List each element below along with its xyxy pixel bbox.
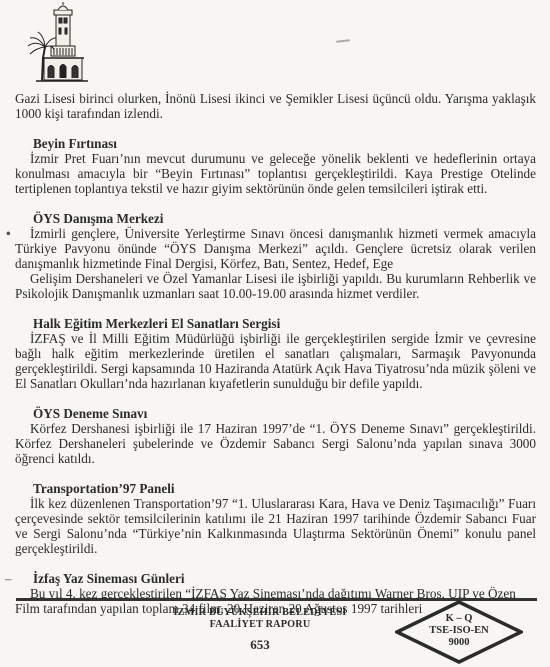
cert-number: 9000 [395,637,523,649]
margin-dot-mark: • [6,226,11,241]
page-number: 653 [230,637,290,653]
body-text: Gazi Lisesi birinci olurken, İnönü Lises… [15,91,536,616]
section-title: Transportation’97 Paneli [33,481,536,496]
section-paragraph: Gelişim Dershaneleri ve Özel Yamanlar Li… [15,271,536,301]
section-title: ÖYS Deneme Sınavı [33,406,536,421]
section-paragraph: İzmir Pret Fuarı’nın mevcut durumunu ve … [15,151,536,196]
section-halk-egitim-sergisi: Halk Eğitim Merkezleri El Sanatları Serg… [15,316,536,391]
scan-smudge [336,39,350,42]
footer-org-name: İZMİR BÜYÜKŞEHİR BELEDİYESİ [130,607,390,619]
footer-organization: İZMİR BÜYÜKŞEHİR BELEDİYESİ FAALİYET RAP… [130,607,390,631]
section-paragraph: İzmirli gençlere, Üniversite Yerleştirme… [15,226,536,271]
margin-dash-mark: – [5,571,12,586]
section-paragraph: İlk kez düzenlenen Transportation’97 “1.… [15,496,536,556]
section-paragraph: Körfez Dershanesi işbirliği ile 17 Hazir… [15,421,536,466]
section-title: Halk Eğitim Merkezleri El Sanatları Serg… [33,316,536,331]
section-title: Beyin Fırtınası [33,136,536,151]
section-transportation-paneli: Transportation’97 Paneli İlk kez düzenle… [15,481,536,556]
section-oys-danisma-merkezi: ÖYS Danışma Merkezi • İzmirli gençlere, … [15,211,536,301]
document-page: Gazi Lisesi birinci olurken, İnönü Lises… [0,0,550,667]
footer-report-name: FAALİYET RAPORU [130,619,390,631]
certification-badge: K – Q TSE-ISO-EN 9000 [395,600,523,664]
section-oys-deneme-sinavi: ÖYS Deneme Sınavı Körfez Dershanesi işbi… [15,406,536,466]
cert-code: K – Q [395,613,523,625]
section-beyin-firtinasi: Beyin Fırtınası İzmir Pret Fuarı’nın mev… [15,136,536,196]
intro-paragraph: Gazi Lisesi birinci olurken, İnönü Lises… [15,91,536,121]
section-title: İzfaş Yaz Sineması Günleri [33,571,536,586]
section-title: ÖYS Danışma Merkezi [33,211,536,226]
section-paragraph: İZFAŞ ve İl Milli Eğitim Müdürlüğü işbir… [15,331,536,391]
clock-tower-logo-icon [18,2,96,84]
cert-standard: TSE-ISO-EN [395,625,523,637]
